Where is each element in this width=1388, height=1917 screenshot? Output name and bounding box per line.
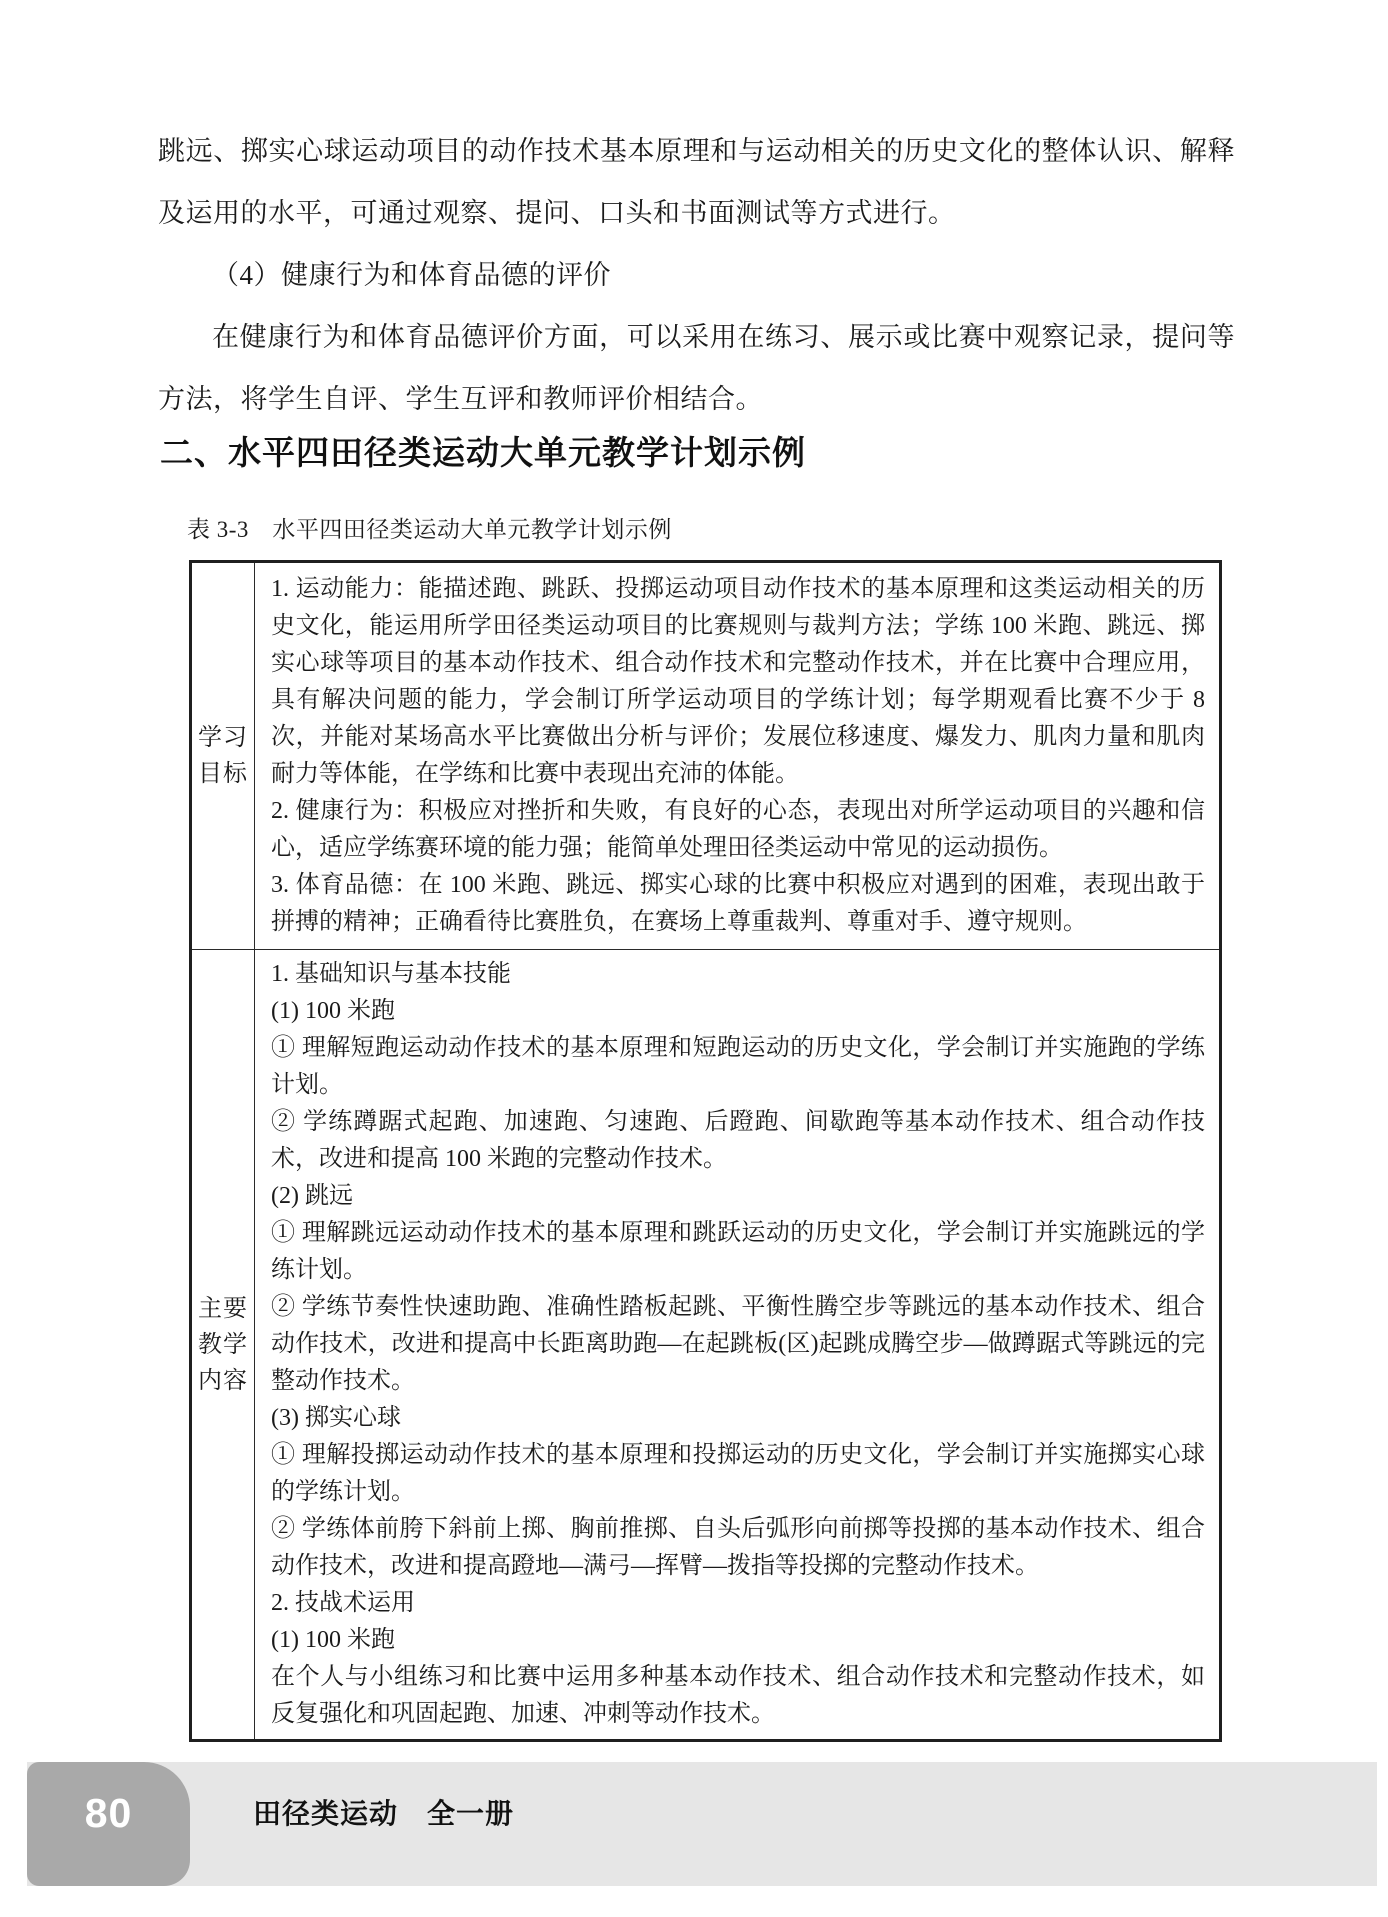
content-item: ① 理解短跑运动动作技术的基本原理和短跑运动的历史文化，学会制订并实施跑的学练计…: [271, 1030, 1205, 1104]
table-row-main-content: 主要教学内容 1. 基础知识与基本技能 (1) 100 米跑 ① 理解短跑运动动…: [191, 950, 1221, 1741]
content-item: ② 学练蹲踞式起跑、加速跑、匀速跑、后蹬跑、间歇跑等基本动作技术、组合动作技术，…: [271, 1104, 1205, 1178]
content-item: 在个人与小组练习和比赛中运用多种基本动作技术、组合动作技术和完整动作技术，如反复…: [271, 1659, 1205, 1733]
content-item: (3) 掷实心球: [271, 1400, 1205, 1437]
teaching-plan-table: 学习目标 1. 运动能力：能描述跑、跳跃、投掷运动项目动作技术的基本原理和这类运…: [189, 560, 1222, 1742]
intro-paragraph: 在健康行为和体育品德评价方面，可以采用在练习、展示或比赛中观察记录，提问等方法，…: [158, 306, 1235, 430]
content-item: ② 学练节奏性快速助跑、准确性踏板起跳、平衡性腾空步等跳远的基本动作技术、组合动…: [271, 1289, 1205, 1400]
page-number-tab: 80: [27, 1762, 190, 1886]
intro-paragraph: （4）健康行为和体育品德的评价: [158, 244, 1235, 306]
content-item: (1) 100 米跑: [271, 993, 1205, 1030]
intro-paragraph: 跳远、掷实心球运动项目的动作技术基本原理和与运动相关的历史文化的整体认识、解释及…: [158, 120, 1235, 244]
row-header-main-content: 主要教学内容: [191, 950, 255, 1741]
section-heading: 二、水平四田径类运动大单元教学计划示例: [160, 430, 1235, 476]
cell-main-content: 1. 基础知识与基本技能 (1) 100 米跑 ① 理解短跑运动动作技术的基本原…: [255, 950, 1221, 1741]
cell-learning-goals: 1. 运动能力：能描述跑、跳跃、投掷运动项目动作技术的基本原理和这类运动相关的历…: [255, 562, 1221, 950]
content-item: ① 理解跳远运动动作技术的基本原理和跳跃运动的历史文化，学会制订并实施跳远的学练…: [271, 1215, 1205, 1289]
table-caption: 表 3-3 水平四田径类运动大单元教学计划示例: [187, 514, 1235, 546]
row-header-learning-goals: 学习目标: [191, 562, 255, 950]
content-item: ① 理解投掷运动动作技术的基本原理和投掷运动的历史文化，学会制订并实施掷实心球的…: [271, 1437, 1205, 1511]
content-item: 1. 基础知识与基本技能: [271, 956, 1205, 993]
content-item: ② 学练体前胯下斜前上掷、胸前推掷、自头后弧形向前掷等投掷的基本动作技术、组合动…: [271, 1511, 1205, 1585]
goal-item-sports-morality: 3. 体育品德：在 100 米跑、跳远、掷实心球的比赛中积极应对遇到的困难，表现…: [271, 867, 1205, 941]
goal-item-motor-ability: 1. 运动能力：能描述跑、跳跃、投掷运动项目动作技术的基本原理和这类运动相关的历…: [271, 571, 1205, 793]
table-row-learning-goals: 学习目标 1. 运动能力：能描述跑、跳跃、投掷运动项目动作技术的基本原理和这类运…: [191, 562, 1221, 950]
content-item: (1) 100 米跑: [271, 1622, 1205, 1659]
content-item: 2. 技战术运用: [271, 1585, 1205, 1622]
footer-band: 80 田径类运动 全一册: [27, 1762, 1377, 1886]
book-title: 田径类运动 全一册: [253, 1762, 514, 1862]
page-content: 跳远、掷实心球运动项目的动作技术基本原理和与运动相关的历史文化的整体认识、解释及…: [158, 120, 1235, 1742]
content-item: (2) 跳远: [271, 1178, 1205, 1215]
page-number: 80: [85, 1790, 133, 1837]
goal-item-health-behavior: 2. 健康行为：积极应对挫折和失败，有良好的心态，表现出对所学运动项目的兴趣和信…: [271, 793, 1205, 867]
